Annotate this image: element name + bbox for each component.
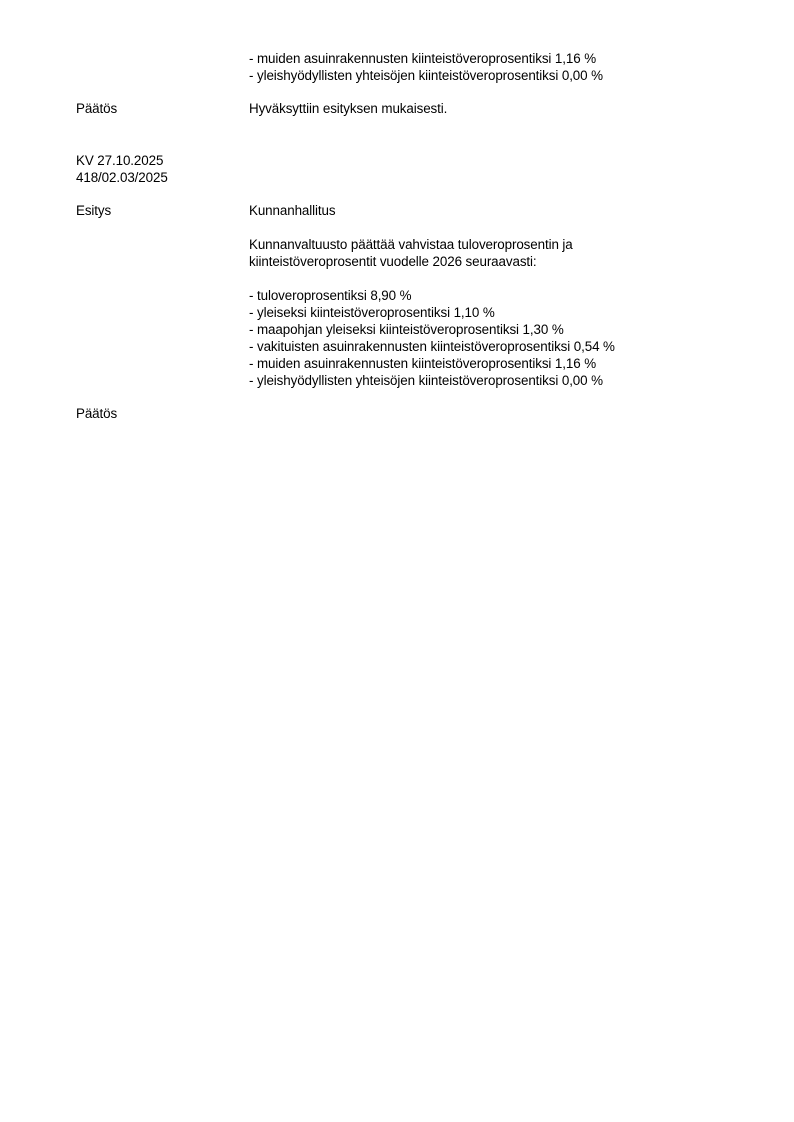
meeting-date: KV 27.10.2025 (76, 152, 168, 169)
list-item: - muiden asuinrakennusten kiinteistövero… (249, 50, 603, 67)
intro-line: kiinteistöveroprosentit vuodelle 2026 se… (249, 253, 573, 270)
continued-tax-list: - muiden asuinrakennusten kiinteistövero… (249, 50, 603, 84)
meeting-reference: KV 27.10.2025 418/02.03/2025 (76, 152, 168, 186)
list-item: - yleishyödyllisten yhteisöjen kiinteist… (249, 67, 603, 84)
list-item: - vakituisten asuinrakennusten kiinteist… (249, 338, 615, 355)
decision-label: Päätös (76, 405, 117, 422)
list-item: - yleishyödyllisten yhteisöjen kiinteist… (249, 372, 615, 389)
previous-decision-label: Päätös (76, 100, 117, 117)
list-item: - tuloveroprosentiksi 8,90 % (249, 287, 615, 304)
proposal-tax-list: - tuloveroprosentiksi 8,90 % - yleiseksi… (249, 287, 615, 389)
proposal-presenter: Kunnanhallitus (249, 202, 335, 219)
previous-decision-text: Hyväksyttiin esityksen mukaisesti. (249, 100, 447, 117)
proposal-label: Esitys (76, 202, 111, 219)
list-item: - yleiseksi kiinteistöveroprosentiksi 1,… (249, 304, 615, 321)
document-page: - muiden asuinrakennusten kiinteistövero… (0, 0, 794, 1122)
list-item: - maapohjan yleiseksi kiinteistöveropros… (249, 321, 615, 338)
intro-line: Kunnanvaltuusto päättää vahvistaa tulove… (249, 236, 573, 253)
list-item: - muiden asuinrakennusten kiinteistövero… (249, 355, 615, 372)
proposal-intro: Kunnanvaltuusto päättää vahvistaa tulove… (249, 236, 573, 270)
case-number: 418/02.03/2025 (76, 169, 168, 186)
